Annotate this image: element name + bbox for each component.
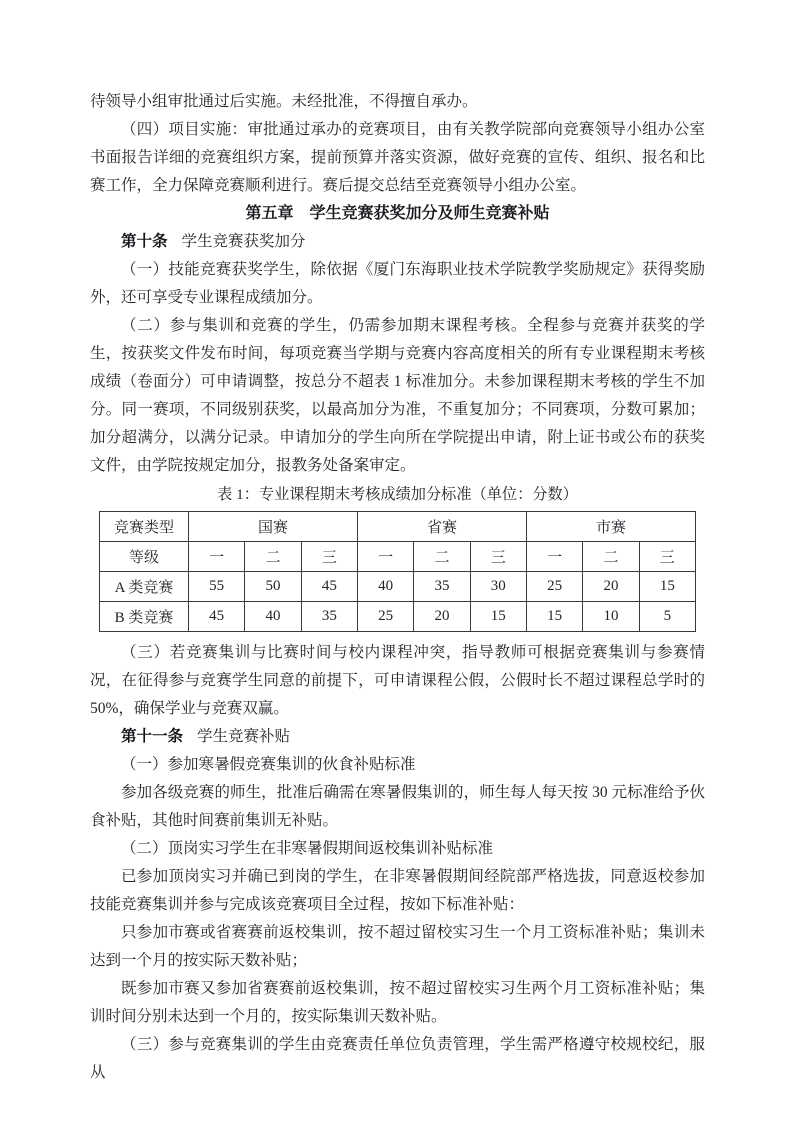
table-row-class-a: A 类竞赛 55 50 45 40 35 30 25 20 15 (100, 572, 696, 602)
table-value-cell: 20 (414, 602, 470, 632)
table-value-cell: 15 (526, 602, 582, 632)
article-10-label: 第十条 (121, 233, 168, 250)
table-row-levels: 等级 一 二 三 一 二 三 一 二 三 (100, 542, 696, 572)
table-value-cell: 10 (583, 602, 639, 632)
table-level-cell: 一 (526, 542, 582, 572)
table-level-cell: 二 (583, 542, 639, 572)
article-11-item-2-rule-2: 既参加市赛又参加省赛赛前返校集训，按不超过留校实习生两个月工资标准补贴；集训时间… (90, 975, 705, 1031)
table-value-cell: 35 (414, 572, 470, 602)
table-group-municipal: 市赛 (526, 512, 695, 542)
table-level-cell: 二 (245, 542, 301, 572)
article-11-item-2-title: （二）顶岗实习学生在非寒暑假期间返校集训补贴标准 (90, 835, 705, 863)
score-table: 竞赛类型 国赛 省赛 市赛 等级 一 二 三 一 二 三 一 二 三 A 类竞赛… (99, 511, 696, 632)
table-value-cell: 30 (470, 572, 526, 602)
article-10-item-3: （三）若竞赛集训与比赛时间与校内课程冲突，指导教师可根据竞赛集训与参赛情况，在征… (90, 639, 705, 723)
table-level-cell: 一 (189, 542, 245, 572)
article-11-item-1-title: （一）参加寒暑假竞赛集训的伙食补贴标准 (90, 751, 705, 779)
article-11-line: 第十一条学生竞赛补贴 (90, 723, 705, 751)
article-11-item-2-body: 已参加顶岗实习并确已到岗的学生，在非寒暑假期间经院部严格选拔，同意返校参加技能竞… (90, 863, 705, 919)
table-value-cell: 5 (639, 602, 695, 632)
table-level-row-label: 等级 (100, 542, 189, 572)
table-row-label: A 类竞赛 (100, 572, 189, 602)
table-value-cell: 40 (245, 602, 301, 632)
table-value-cell: 40 (357, 572, 413, 602)
table-level-cell: 三 (470, 542, 526, 572)
table-1-caption: 表 1：专业课程期末考核成绩加分标准（单位：分数） (90, 482, 705, 508)
table-value-cell: 55 (189, 572, 245, 602)
table-value-cell: 25 (357, 602, 413, 632)
article-11-item-1-body: 参加各级竞赛的师生，批准后确需在寒暑假集训的，师生每人每天按 30 元标准给予伙… (90, 779, 705, 835)
article-11-title: 学生竞赛补贴 (197, 728, 290, 745)
article-11-item-3: （三）参与竞赛集训的学生由竞赛责任单位负责管理，学生需严格遵守校规校纪，服从 (90, 1031, 705, 1087)
table-value-cell: 45 (301, 572, 357, 602)
table-value-cell: 45 (189, 602, 245, 632)
table-value-cell: 50 (245, 572, 301, 602)
table-level-cell: 二 (414, 542, 470, 572)
table-value-cell: 25 (526, 572, 582, 602)
article-10-title: 学生竞赛获奖加分 (181, 233, 305, 250)
article-11-item-2-rule-1: 只参加市赛或省赛赛前返校集训，按不超过留校实习生一个月工资标准补贴；集训未达到一… (90, 919, 705, 975)
table-row-group-headers: 竞赛类型 国赛 省赛 市赛 (100, 512, 696, 542)
table-row-class-b: B 类竞赛 45 40 35 25 20 15 15 10 5 (100, 602, 696, 632)
article-11-label: 第十一条 (121, 728, 183, 745)
article-10-line: 第十条学生竞赛获奖加分 (90, 228, 705, 256)
paragraph-item-4: （四）项目实施：审批通过承办的竞赛项目，由有关教学院部向竞赛领导小组办公室书面报… (90, 116, 705, 200)
paragraph-continuation: 待领导小组审批通过后实施。未经批准，不得擅自承办。 (90, 88, 705, 116)
table-value-cell: 15 (639, 572, 695, 602)
article-10-item-2: （二）参与集训和竞赛的学生，仍需参加期末课程考核。全程参与竞赛并获奖的学生，按获… (90, 312, 705, 480)
table-level-cell: 三 (301, 542, 357, 572)
table-group-provincial: 省赛 (357, 512, 526, 542)
table-group-national: 国赛 (189, 512, 358, 542)
table-value-cell: 15 (470, 602, 526, 632)
document-page: 待领导小组审批通过后实施。未经批准，不得擅自承办。 （四）项目实施：审批通过承办… (0, 0, 794, 1123)
article-10-item-1: （一）技能竞赛获奖学生，除依据《厦门东海职业技术学院教学奖励规定》获得奖励外，还… (90, 256, 705, 312)
table-level-cell: 一 (357, 542, 413, 572)
table-corner-header: 竞赛类型 (100, 512, 189, 542)
chapter-5-heading: 第五章 学生竞赛获奖加分及师生竞赛补贴 (90, 200, 705, 228)
table-level-cell: 三 (639, 542, 695, 572)
table-row-label: B 类竞赛 (100, 602, 189, 632)
table-value-cell: 20 (583, 572, 639, 602)
table-value-cell: 35 (301, 602, 357, 632)
